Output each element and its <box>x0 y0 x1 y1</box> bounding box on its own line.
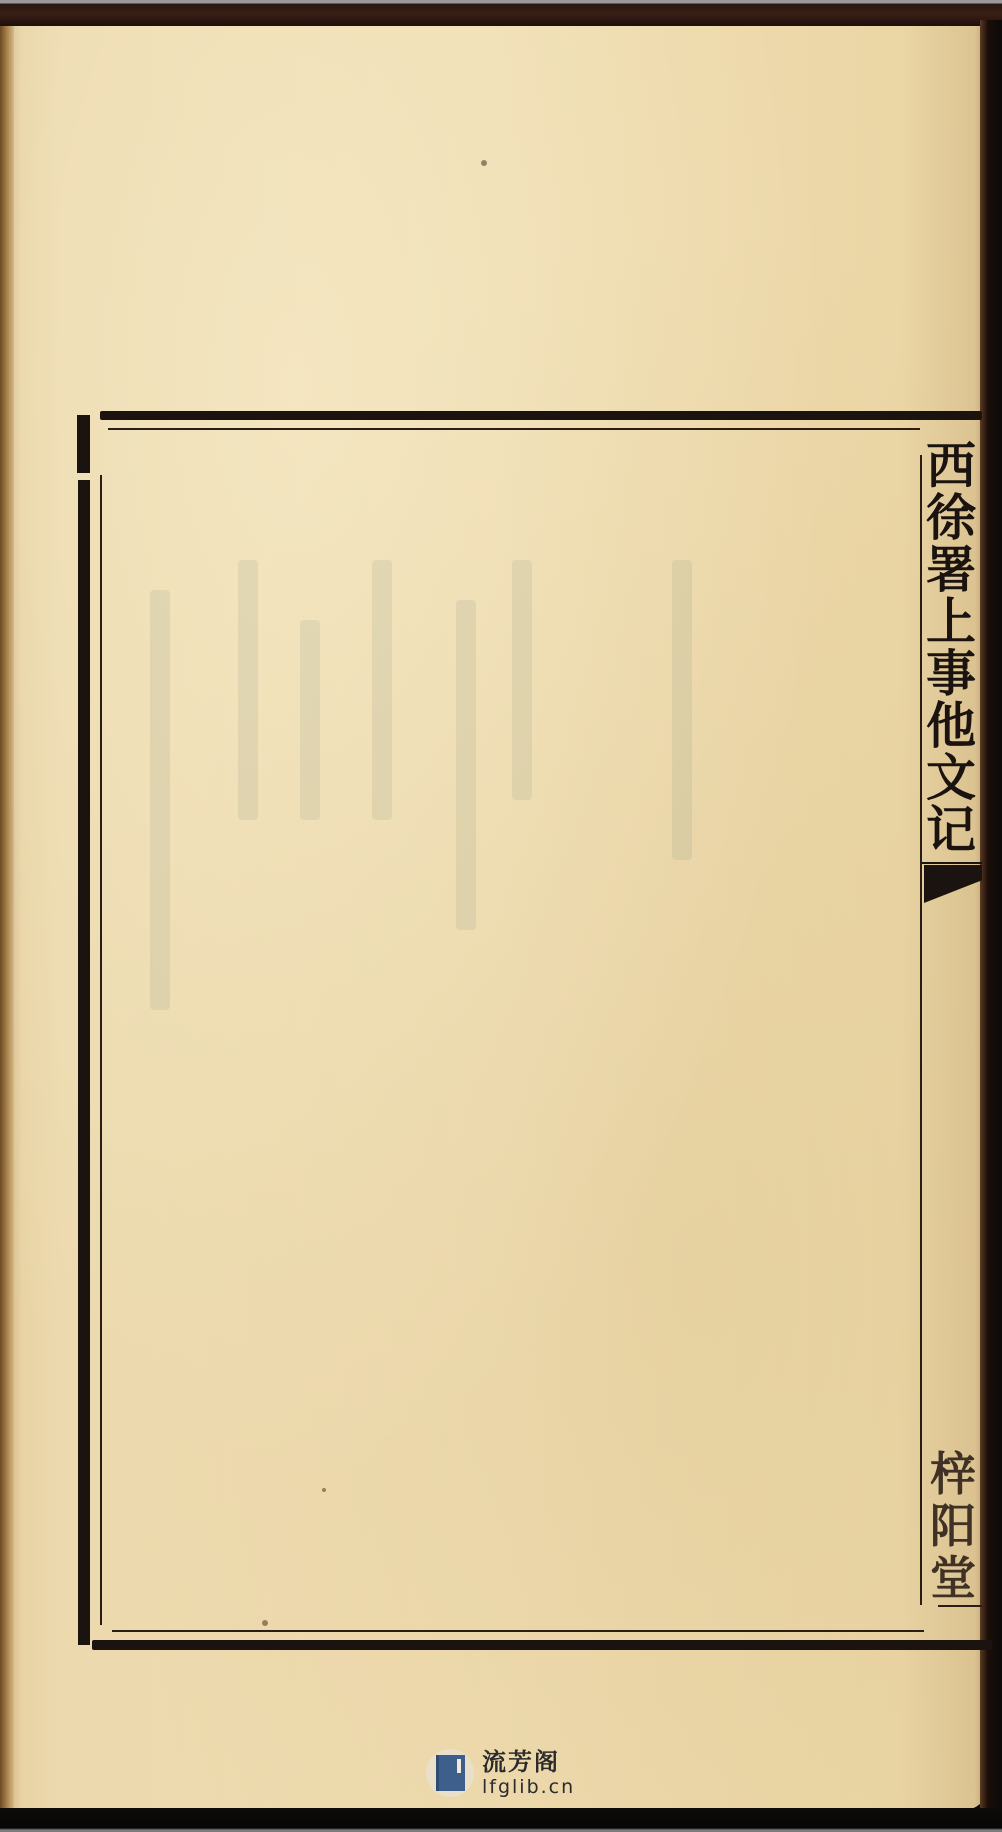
bleed-through-column <box>238 560 258 820</box>
title-char: 徐 <box>926 492 982 544</box>
hall-name-underline <box>938 1605 982 1607</box>
watermark-badge <box>426 1749 474 1797</box>
bleed-through-column <box>672 560 692 860</box>
document-page <box>0 26 988 1810</box>
site-watermark: 流芳阁 lfglib.cn <box>426 1746 575 1800</box>
ink-spot <box>481 160 487 166</box>
watermark-site-name: 流芳阁 <box>482 1750 575 1774</box>
frame-top-border <box>100 411 982 420</box>
margin-column-title: 西 徐 署 上 事 他 文 记 <box>926 440 986 856</box>
title-char: 文 <box>926 752 982 804</box>
frame-bottom-inner-line <box>112 1630 924 1632</box>
frame-left-inner-line <box>100 475 102 1625</box>
frame-bottom-border <box>92 1640 992 1650</box>
title-char: 他 <box>926 700 982 752</box>
hall-char: 梓 <box>930 1448 982 1500</box>
page-left-edge <box>0 26 14 1810</box>
scan-top-edge <box>0 0 1002 28</box>
book-icon <box>436 1755 465 1791</box>
hall-name: 梓 阳 堂 <box>930 1448 982 1604</box>
watermark-site-url: lfglib.cn <box>482 1778 575 1797</box>
title-char: 署 <box>926 544 982 596</box>
hall-char: 堂 <box>930 1552 982 1604</box>
frame-left-border-top <box>77 415 90 473</box>
ink-spot <box>322 1488 326 1492</box>
scan-bottom-edge <box>0 1808 1002 1832</box>
title-char: 记 <box>926 804 982 856</box>
margin-column-divider <box>920 455 922 1605</box>
bleed-through-column <box>300 620 320 820</box>
bleed-through-column <box>512 560 532 800</box>
bleed-through-column <box>150 590 170 1010</box>
bleed-through-column <box>372 560 392 820</box>
fishtail-top-line <box>922 862 982 864</box>
hall-char: 阳 <box>930 1500 982 1552</box>
title-char: 事 <box>926 648 982 700</box>
title-char: 上 <box>926 596 982 648</box>
frame-left-border <box>78 480 90 1645</box>
ink-spot <box>262 1620 268 1626</box>
title-char: 西 <box>926 440 982 492</box>
page-right-edge <box>980 20 1002 1810</box>
bleed-through-column <box>456 600 476 930</box>
frame-top-inner-line <box>108 428 920 430</box>
